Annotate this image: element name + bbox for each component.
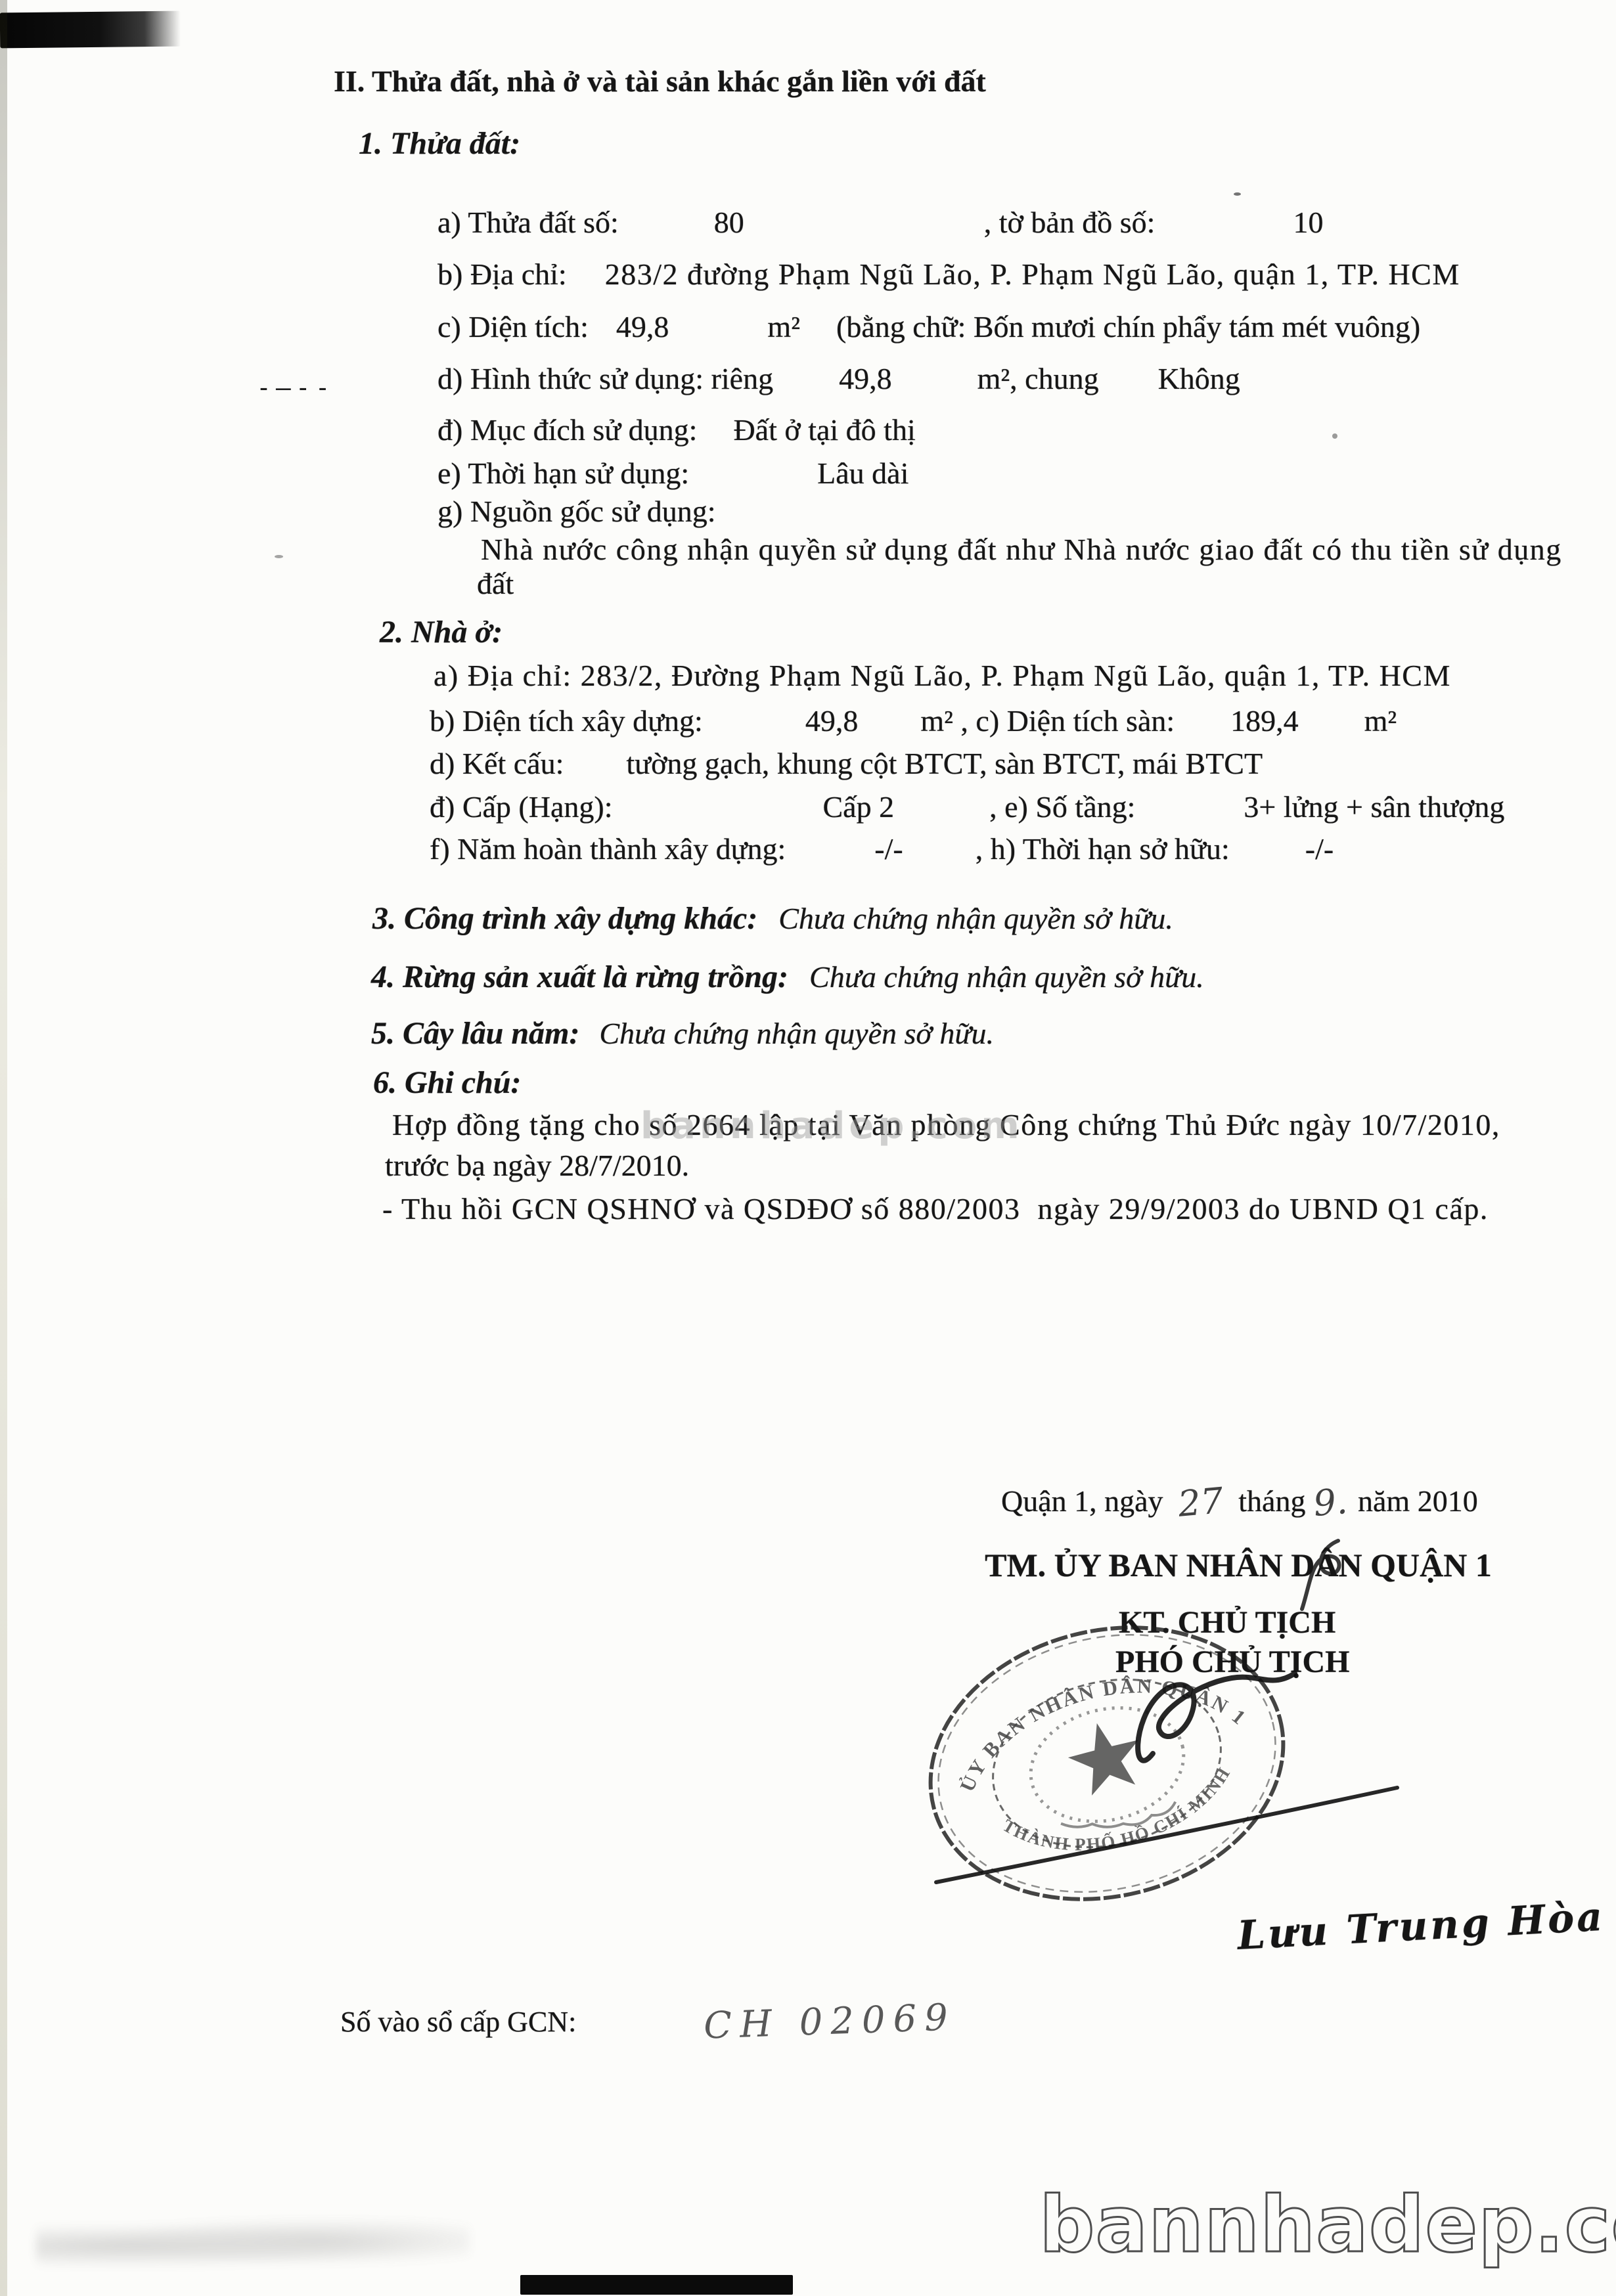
field-use-origin-line1: Nhà nước công nhận quyền sử dụng đất như… — [447, 495, 1562, 604]
scan-speck — [275, 555, 283, 558]
use-term-value: Lâu dài — [817, 456, 909, 490]
section-title: II. Thửa đất, nhà ở và tài sản khác gắn … — [334, 63, 986, 99]
scan-smudge-bottom-left — [36, 2220, 470, 2272]
scanned-certificate-page: -­—-- II. Thửa đất, nhà ở và tài sản khá… — [0, 0, 1616, 2296]
ownership-term-label: , h) Thời hạn sở hữu: — [976, 832, 1230, 866]
perennial-trees-value: Chưa chứng nhận quyền sở hữu. — [599, 1017, 994, 1050]
use-form-shared-value: Không — [1158, 362, 1240, 395]
section-title-text: II. Thửa đất, nhà ở và tài sản khác gắn … — [334, 64, 986, 98]
watermark-bottom: bannhadep.com — [1039, 2167, 1591, 2279]
watermark-middle: bannhadep.com — [640, 1105, 1023, 1147]
registry-value-handwritten: CH 02069 — [623, 1951, 958, 2095]
watermark-bottom-text: bannhadep.com — [1039, 2179, 1616, 2270]
registry-line: Số vào sổ cấp GCN: — [311, 1970, 576, 2074]
scan-dash-mark: -­—-- — [256, 373, 335, 402]
year-built-value: -/- — [874, 832, 903, 866]
registry-label: Số vào sổ cấp GCN: — [340, 2006, 576, 2038]
use-form-shared-label: m², chung — [977, 362, 1099, 395]
signer-name-text: Lưu Trung Hòa — [1236, 1894, 1606, 1959]
signature-flourish-icon — [1282, 1535, 1355, 1614]
note-line-3: - Thu hồi GCN QSHNƠ và QSDĐƠ số 880/2003… — [348, 1155, 1489, 1264]
scan-speck — [1332, 433, 1337, 439]
scan-smudge-top-left — [0, 11, 181, 49]
year-built-label: f) Năm hoàn thành xây dựng: — [430, 832, 786, 866]
use-origin-value-line1: Nhà nước công nhận quyền sử dụng đất như… — [481, 533, 1562, 566]
scan-bar-bottom — [520, 2275, 793, 2295]
signer-name: Lưu Trung Hòa — [1169, 1846, 1609, 2010]
heading-parcel: 1. Thửa đất: — [359, 125, 520, 163]
ownership-term-value: -/- — [1305, 832, 1334, 866]
watermark-middle-text: bannhadep.com — [640, 1105, 1023, 1147]
floor-area-unit: m² — [1364, 704, 1397, 738]
scan-edge-strip-left — [0, 0, 7, 2296]
heading-parcel-text: 1. Thửa đất: — [359, 126, 520, 161]
note-line-3-text: - Thu hồi GCN QSHNƠ và QSDĐƠ số 880/2003… — [382, 1192, 1489, 1225]
registry-value-text: CH 02069 — [703, 1996, 956, 2047]
signature-loop — [1138, 1673, 1295, 1761]
signature-stroke — [916, 1622, 1422, 1898]
